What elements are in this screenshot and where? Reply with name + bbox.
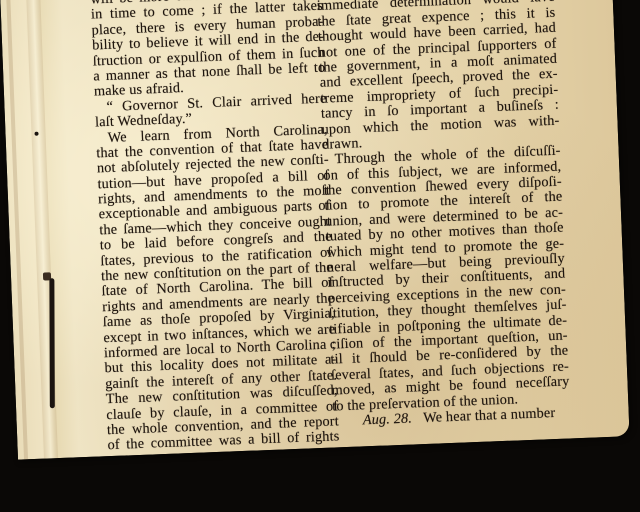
binding-thread — [49, 278, 54, 408]
page-crease — [6, 0, 28, 459]
right-column: up his mind on the ſubject, would ſave i… — [316, 0, 571, 430]
newspaper-page: will be more careful how they offend in … — [0, 0, 630, 460]
date-label: Aug. 28. — [362, 410, 412, 428]
left-column: will be more careful how they offend in … — [90, 0, 340, 454]
